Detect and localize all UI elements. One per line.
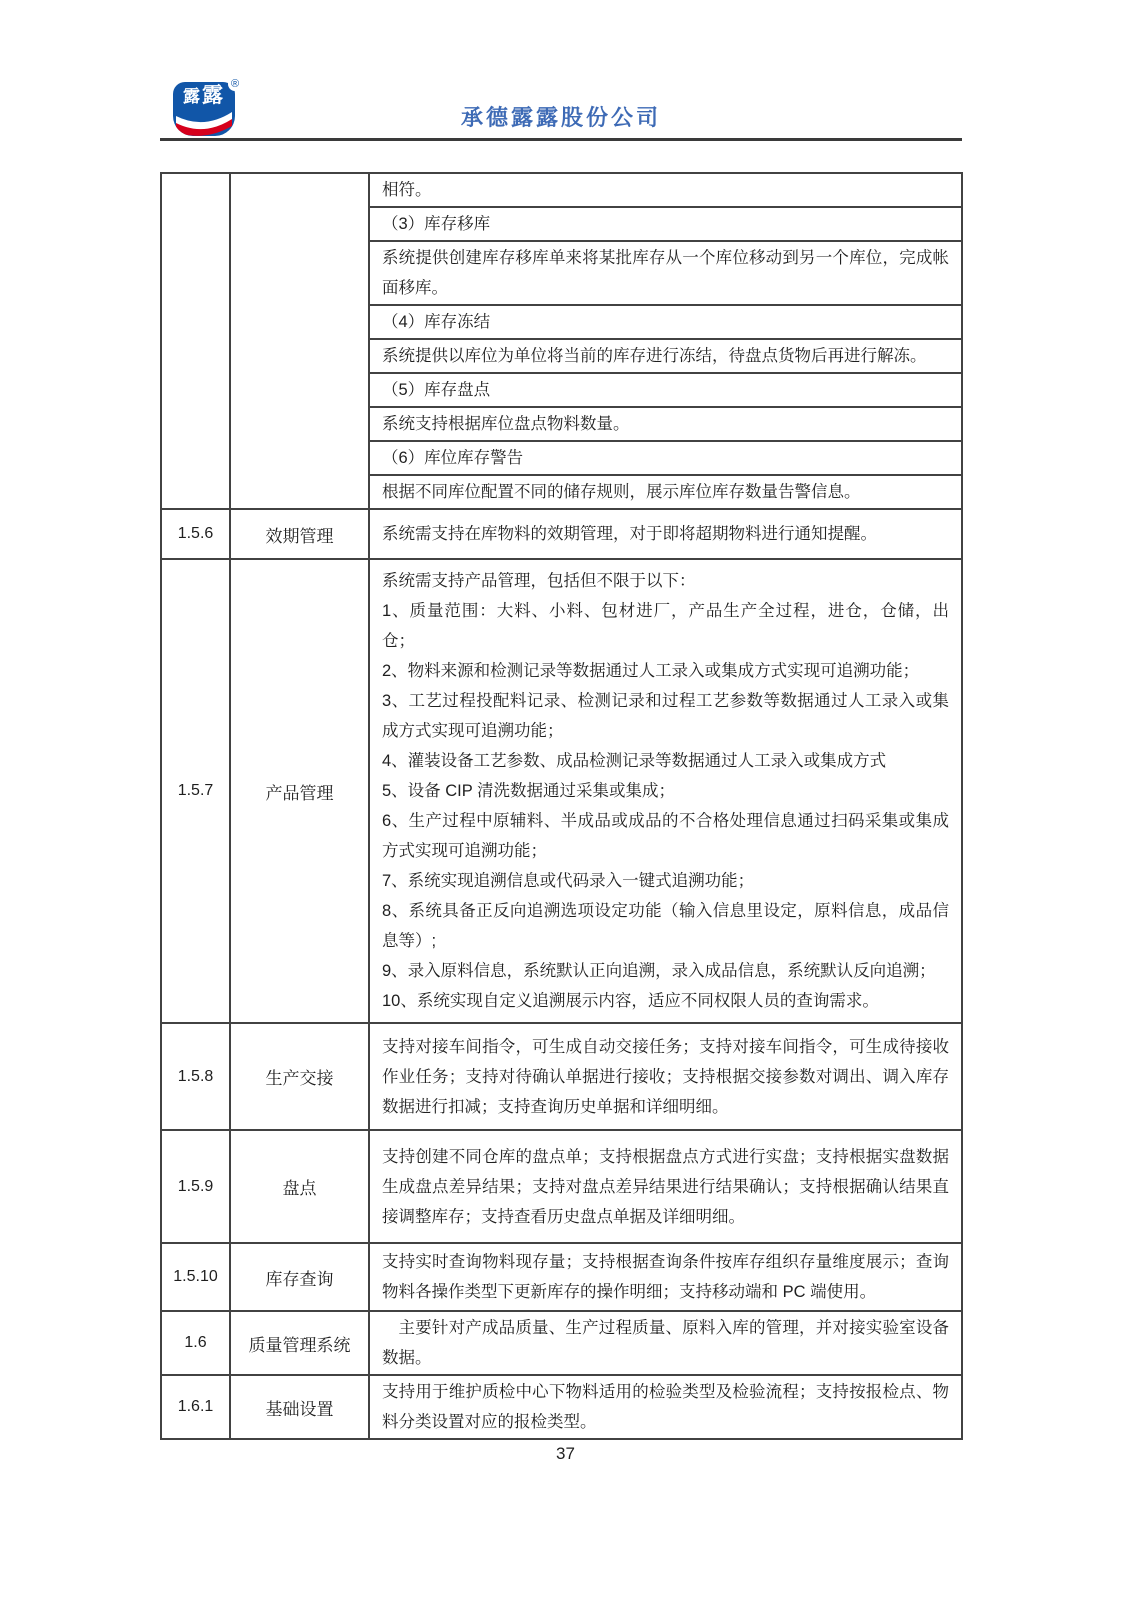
table-row: 1.5.9 盘点 支持创建不同仓库的盘点单；支持根据盘点方式进行实盘；支持根据实… [161, 1130, 962, 1243]
row-name-cell: 基础设置 [230, 1375, 369, 1439]
row-desc-cell: 系统需支持在库物料的效期管理，对于即将超期物料进行通知提醒。 [369, 509, 962, 559]
company-title: 承德露露股份公司 [160, 101, 962, 132]
row-name-cell: 质量管理系统 [230, 1311, 369, 1375]
header-divider [160, 138, 962, 141]
row-desc-cell: 系统支持根据库位盘点物料数量。 [369, 407, 962, 441]
row-desc-cell: 系统提供创建库存移库单来将某批库存从一个库位移动到另一个库位，完成帐面移库。 [369, 241, 962, 305]
list-item: 6、生产过程中原辅料、半成品或成品的不合格处理信息通过扫码采集或集成方式实现可追… [382, 806, 949, 866]
requirements-table: 相符。 （3）库存移库 系统提供创建库存移库单来将某批库存从一个库位移动到另一个… [160, 172, 963, 1440]
list-item: 系统需支持产品管理，包括但不限于以下： [382, 566, 949, 596]
list-item: 5、设备 CIP 清洗数据通过采集或集成； [382, 776, 949, 806]
list-item: 4、灌装设备工艺参数、成品检测记录等数据通过人工录入或集成方式 [382, 746, 949, 776]
row-name-cell: 生产交接 [230, 1023, 369, 1130]
row-desc-cell: （3）库存移库 [369, 207, 962, 241]
row-name-cell: 产品管理 [230, 559, 369, 1023]
row-id-cell [161, 173, 230, 509]
table-row: 1.6 质量管理系统 主要针对产成品质量、生产过程质量、原料入库的管理，并对接实… [161, 1311, 962, 1375]
row-desc-cell: 主要针对产成品质量、生产过程质量、原料入库的管理，并对接实验室设备数据。 [369, 1311, 962, 1375]
continuation-row: 相符。 [161, 173, 962, 207]
row-desc-cell: （6）库位库存警告 [369, 441, 962, 475]
row-name-cell [230, 173, 369, 509]
row-id-cell: 1.5.9 [161, 1130, 230, 1243]
row-desc-cell: 系统需支持产品管理，包括但不限于以下： 1、质量范围：大料、小料、包材进厂，产品… [369, 559, 962, 1023]
row-id-cell: 1.6 [161, 1311, 230, 1375]
row-desc-cell: 系统提供以库位为单位将当前的库存进行冻结，待盘点货物后再进行解冻。 [369, 339, 962, 373]
document-page: 露露 ® 承德露露股份公司 相符。 （3）库存移库 系统提供创建库存移库单来将某… [0, 0, 1131, 1600]
row-desc-cell: 支持创建不同仓库的盘点单；支持根据盘点方式进行实盘；支持根据实盘数据生成盘点差异… [369, 1130, 962, 1243]
row-desc-cell: 支持对接车间指令，可生成自动交接任务；支持对接车间指令，可生成待接收作业任务；支… [369, 1023, 962, 1130]
row-desc-cell: （4）库存冻结 [369, 305, 962, 339]
page-number: 37 [0, 1444, 1131, 1464]
row-name-cell: 效期管理 [230, 509, 369, 559]
row-id-cell: 1.5.7 [161, 559, 230, 1023]
row-desc-cell: （5）库存盘点 [369, 373, 962, 407]
row-desc-cell: 相符。 [369, 173, 962, 207]
list-item: 8、系统具备正反向追溯选项设定功能（输入信息里设定，原料信息，成品信息等）; [382, 896, 949, 956]
row-desc-cell: 根据不同库位配置不同的储存规则，展示库位库存数量告警信息。 [369, 475, 962, 509]
row-name-cell: 盘点 [230, 1130, 369, 1243]
row-id-cell: 1.5.6 [161, 509, 230, 559]
list-item: 3、工艺过程投配料记录、检测记录和过程工艺参数等数据通过人工录入或集成方式实现可… [382, 686, 949, 746]
list-item: 1、质量范围：大料、小料、包材进厂，产品生产全过程，进仓，仓储，出仓； [382, 596, 949, 656]
table-row: 1.5.10 库存查询 支持实时查询物料现存量；支持根据查询条件按库存组织存量维… [161, 1243, 962, 1311]
row-desc-cell: 支持实时查询物料现存量；支持根据查询条件按库存组织存量维度展示；查询物料各操作类… [369, 1243, 962, 1311]
row-id-cell: 1.5.10 [161, 1243, 230, 1311]
table-row: 1.5.8 生产交接 支持对接车间指令，可生成自动交接任务；支持对接车间指令，可… [161, 1023, 962, 1130]
list-item: 9、录入原料信息，系统默认正向追溯，录入成品信息，系统默认反向追溯； [382, 956, 949, 986]
row-name-cell: 库存查询 [230, 1243, 369, 1311]
registered-mark-icon: ® [228, 77, 242, 91]
row-id-cell: 1.5.8 [161, 1023, 230, 1130]
table-row: 1.6.1 基础设置 支持用于维护质检中心下物料适用的检验类型及检验流程；支持按… [161, 1375, 962, 1439]
table-row: 1.5.6 效期管理 系统需支持在库物料的效期管理，对于即将超期物料进行通知提醒… [161, 509, 962, 559]
list-item: 2、物料来源和检测记录等数据通过人工录入或集成方式实现可追溯功能； [382, 656, 949, 686]
row-id-cell: 1.6.1 [161, 1375, 230, 1439]
row-desc-cell: 支持用于维护质检中心下物料适用的检验类型及检验流程；支持按报检点、物料分类设置对… [369, 1375, 962, 1439]
table-row: 1.5.7 产品管理 系统需支持产品管理，包括但不限于以下： 1、质量范围：大料… [161, 559, 962, 1023]
list-item: 10、系统实现自定义追溯展示内容，适应不同权限人员的查询需求。 [382, 986, 949, 1016]
list-item: 7、系统实现追溯信息或代码录入一键式追溯功能； [382, 866, 949, 896]
